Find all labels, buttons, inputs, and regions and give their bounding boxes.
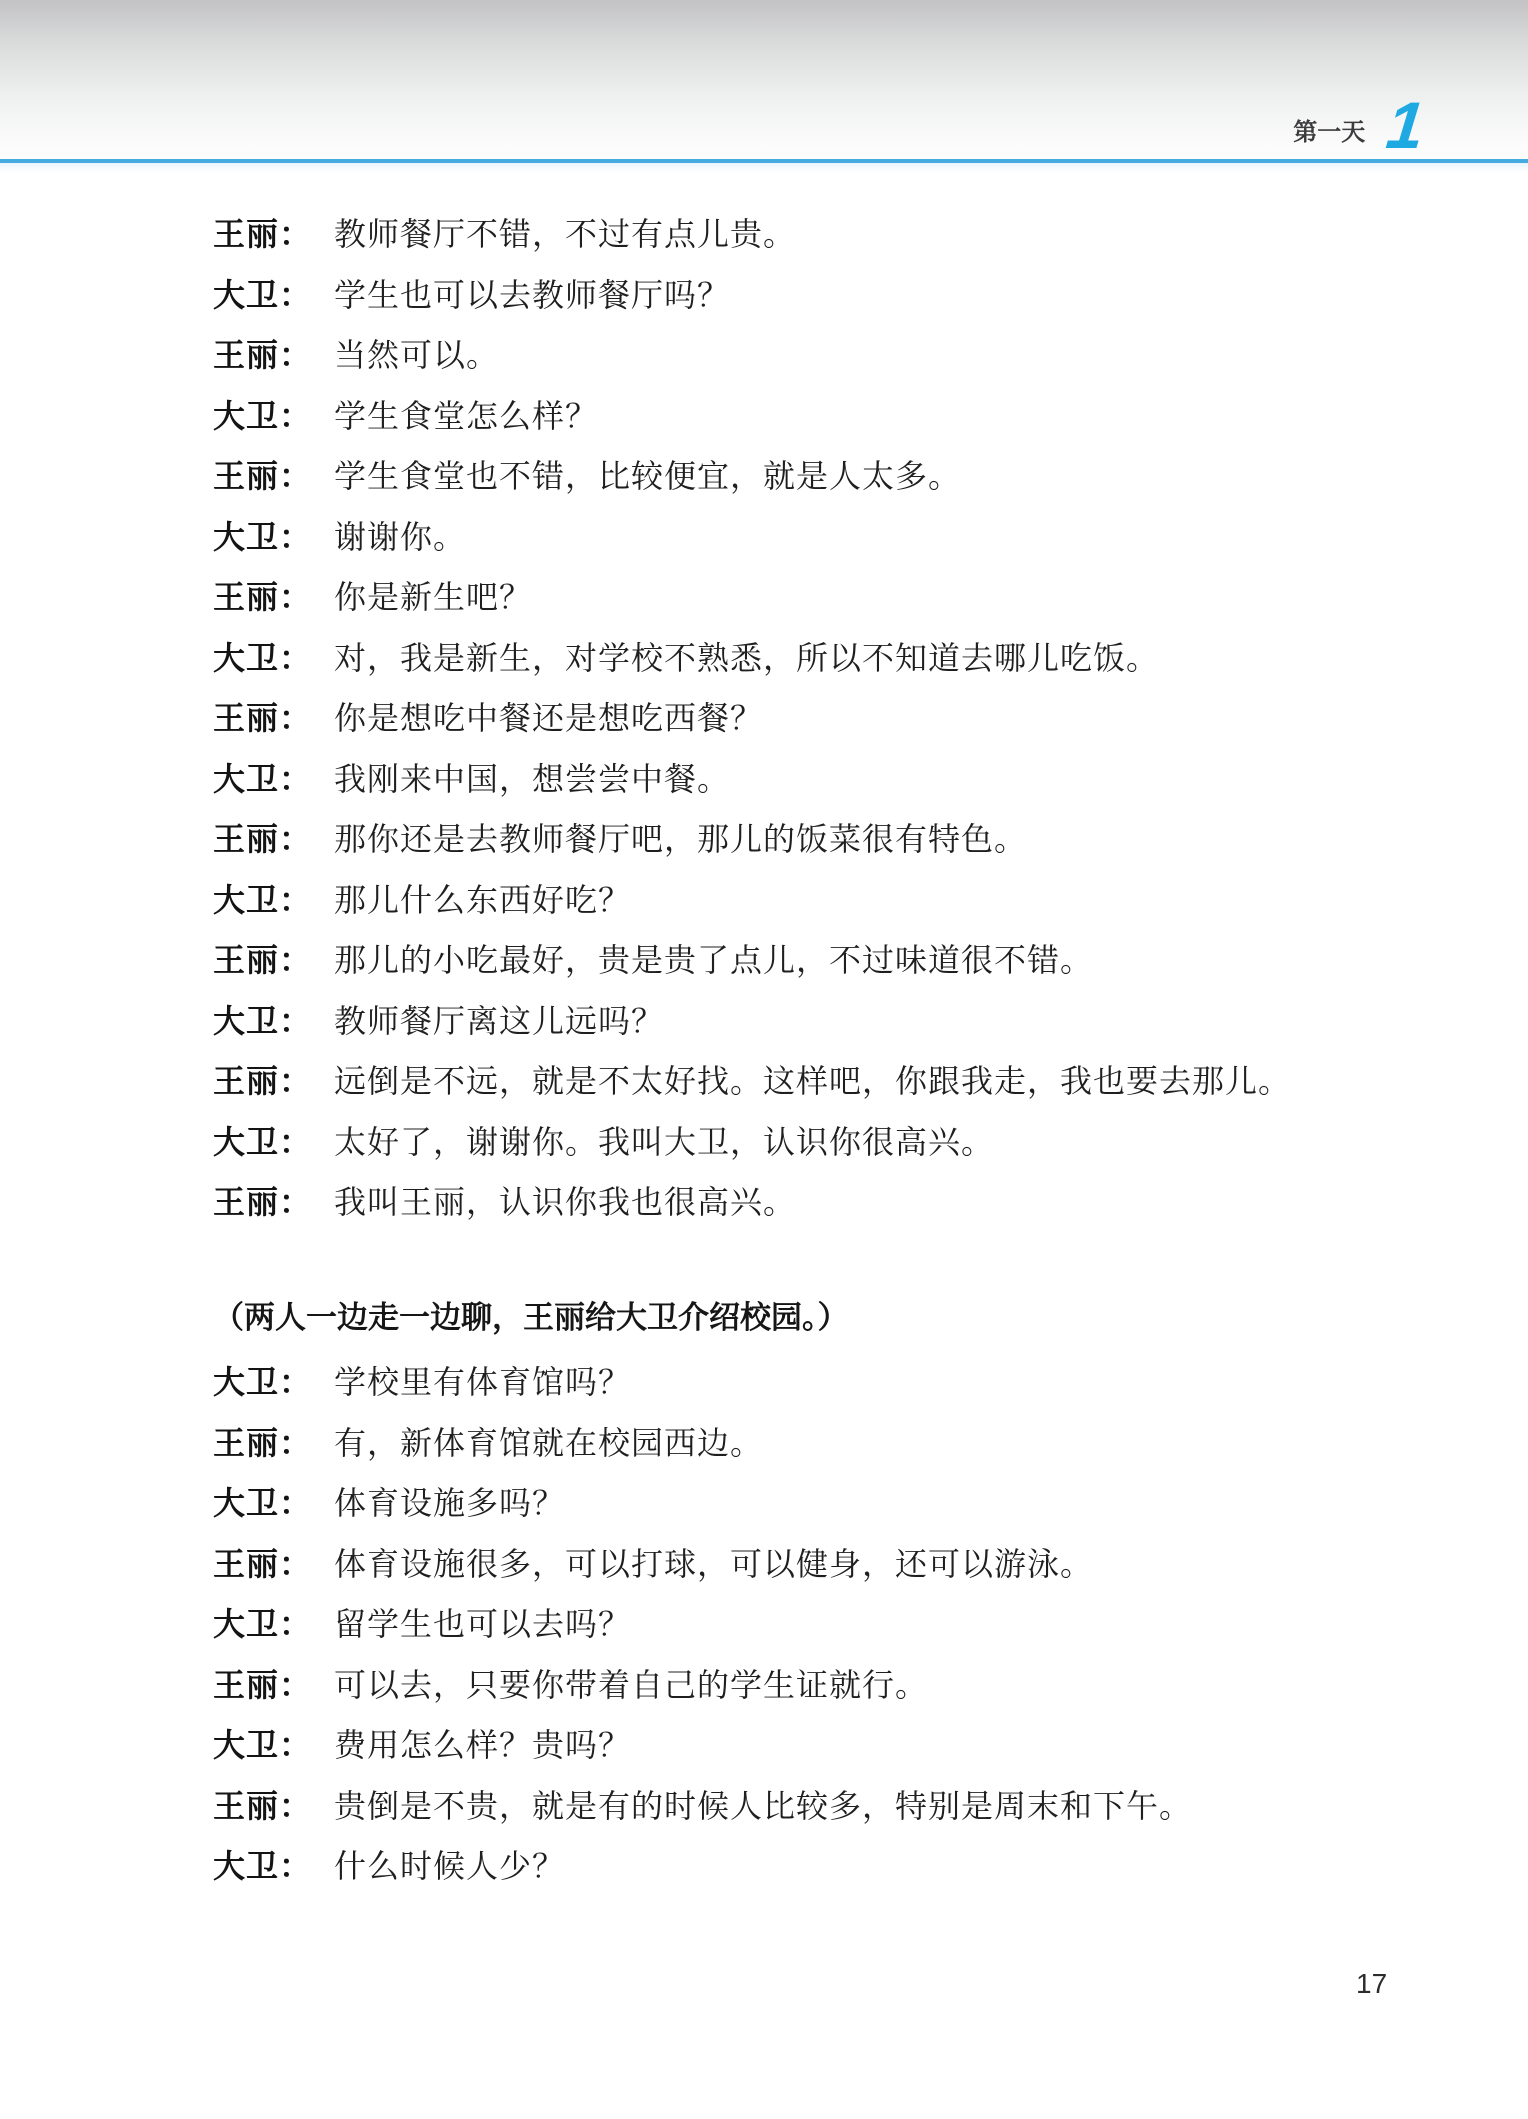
dialogue-line: 大卫：什么时候人少？ <box>213 1836 1468 1897</box>
speaker-label: 王丽： <box>213 579 312 615</box>
dialogue-text: 有，新体育馆就在校园西边。 <box>334 1425 763 1461</box>
stage-direction: （两人一边走一边聊，王丽给大卫介绍校园。） <box>213 1288 1468 1349</box>
dialogue-line: 大卫：对，我是新生，对学校不熟悉，所以不知道去哪儿吃饭。 <box>213 628 1468 689</box>
dialogue-line: 大卫：费用怎么样？贵吗？ <box>213 1715 1468 1776</box>
dialogue-text: 费用怎么样？贵吗？ <box>334 1727 631 1763</box>
dialogue-line: 大卫：谢谢你。 <box>213 507 1468 568</box>
lesson-title: 第一天 <box>1293 121 1365 153</box>
dialogue-text: 你是新生吧？ <box>334 579 532 615</box>
dialogue-text: 谢谢你。 <box>334 519 466 555</box>
speaker-label: 王丽： <box>213 1063 312 1099</box>
dialogue-line: 大卫：教师餐厅离这儿远吗？ <box>213 991 1468 1052</box>
speaker-label: 大卫： <box>213 1848 312 1884</box>
speaker-label: 大卫： <box>213 1485 312 1521</box>
dialogue-line: 大卫：学生也可以去教师餐厅吗？ <box>213 265 1468 326</box>
dialogue-text: 贵倒是不贵，就是有的时候人比较多，特别是周末和下午。 <box>334 1788 1192 1824</box>
dialogue-line: 大卫：留学生也可以去吗？ <box>213 1594 1468 1655</box>
speaker-label: 大卫： <box>213 1124 312 1160</box>
dialogue-text: 教师餐厅离这儿远吗？ <box>334 1003 664 1039</box>
dialogue-text: 学校里有体育馆吗？ <box>334 1364 631 1400</box>
dialogue-text: 留学生也可以去吗？ <box>334 1606 631 1642</box>
speaker-label: 大卫： <box>213 398 312 434</box>
speaker-label: 王丽： <box>213 821 312 857</box>
dialogue-text: 学生食堂也不错，比较便宜，就是人太多。 <box>334 458 961 494</box>
speaker-label: 王丽： <box>213 458 312 494</box>
dialogue-part1: 王丽：教师餐厅不错，不过有点儿贵。大卫：学生也可以去教师餐厅吗？王丽：当然可以。… <box>213 204 1468 1233</box>
dialogue-line: 大卫：太好了，谢谢你。我叫大卫，认识你很高兴。 <box>213 1112 1468 1173</box>
dialogue-text: 我叫王丽，认识你我也很高兴。 <box>334 1184 796 1220</box>
speaker-label: 大卫： <box>213 1606 312 1642</box>
textbook-page: 第一天 1 王丽：教师餐厅不错，不过有点儿贵。大卫：学生也可以去教师餐厅吗？王丽… <box>0 0 1528 2119</box>
dialogue-line: 王丽：我叫王丽，认识你我也很高兴。 <box>213 1172 1468 1233</box>
dialogue-text: 那儿什么东西好吃？ <box>334 882 631 918</box>
dialogue-text: 什么时候人少？ <box>334 1848 565 1884</box>
dialogue-line: 王丽：可以去，只要你带着自己的学生证就行。 <box>213 1655 1468 1716</box>
speaker-label: 王丽： <box>213 216 312 252</box>
speaker-label: 王丽： <box>213 700 312 736</box>
page-number: 17 <box>1356 1968 1387 2000</box>
dialogue-line: 王丽：当然可以。 <box>213 325 1468 386</box>
speaker-label: 大卫： <box>213 519 312 555</box>
dialogue-line: 王丽：学生食堂也不错，比较便宜，就是人太多。 <box>213 446 1468 507</box>
dialogue-text: 当然可以。 <box>334 337 499 373</box>
dialogue-line: 大卫：体育设施多吗？ <box>213 1473 1468 1534</box>
speaker-label: 大卫： <box>213 277 312 313</box>
speaker-label: 王丽： <box>213 942 312 978</box>
dialogue-line: 王丽：贵倒是不贵，就是有的时候人比较多，特别是周末和下午。 <box>213 1776 1468 1837</box>
speaker-label: 大卫： <box>213 1727 312 1763</box>
dialogue-text: 太好了，谢谢你。我叫大卫，认识你很高兴。 <box>334 1124 994 1160</box>
dialogue-text: 那你还是去教师餐厅吧，那儿的饭菜很有特色。 <box>334 821 1027 857</box>
dialogue-line: 大卫：学生食堂怎么样？ <box>213 386 1468 447</box>
dialogue-text: 可以去，只要你带着自己的学生证就行。 <box>334 1667 928 1703</box>
dialogue-text: 体育设施多吗？ <box>334 1485 565 1521</box>
lesson-header: 第一天 1 <box>1293 97 1424 153</box>
dialogue-line: 大卫：我刚来中国，想尝尝中餐。 <box>213 749 1468 810</box>
dialogue-text: 学生食堂怎么样？ <box>334 398 598 434</box>
dialogue-text: 那儿的小吃最好，贵是贵了点儿，不过味道很不错。 <box>334 942 1093 978</box>
dialogue-line: 王丽：那儿的小吃最好，贵是贵了点儿，不过味道很不错。 <box>213 930 1468 991</box>
page-header-band: 第一天 1 <box>0 0 1528 163</box>
dialogue-line: 王丽：远倒是不远，就是不太好找。这样吧，你跟我走，我也要去那儿。 <box>213 1051 1468 1112</box>
dialogue-text: 学生也可以去教师餐厅吗？ <box>334 277 730 313</box>
dialogue-line: 王丽：那你还是去教师餐厅吧，那儿的饭菜很有特色。 <box>213 809 1468 870</box>
dialogue-line: 大卫：学校里有体育馆吗？ <box>213 1352 1468 1413</box>
speaker-label: 大卫： <box>213 882 312 918</box>
lesson-number: 1 <box>1384 97 1427 153</box>
dialogue-text: 远倒是不远，就是不太好找。这样吧，你跟我走，我也要去那儿。 <box>334 1063 1291 1099</box>
dialogue-part2: 大卫：学校里有体育馆吗？王丽：有，新体育馆就在校园西边。大卫：体育设施多吗？王丽… <box>213 1352 1468 1897</box>
dialogue-line: 王丽：你是想吃中餐还是想吃西餐？ <box>213 688 1468 749</box>
dialogue-text: 体育设施很多，可以打球，可以健身，还可以游泳。 <box>334 1546 1093 1582</box>
dialogue-line: 王丽：体育设施很多，可以打球，可以健身，还可以游泳。 <box>213 1534 1468 1595</box>
header-rule-glow <box>0 163 1528 172</box>
speaker-label: 大卫： <box>213 640 312 676</box>
speaker-label: 大卫： <box>213 761 312 797</box>
dialogue-line: 王丽：有，新体育馆就在校园西边。 <box>213 1413 1468 1474</box>
dialogue-line: 王丽：你是新生吧？ <box>213 567 1468 628</box>
speaker-label: 大卫： <box>213 1003 312 1039</box>
speaker-label: 王丽： <box>213 1788 312 1824</box>
speaker-label: 王丽： <box>213 337 312 373</box>
speaker-label: 王丽： <box>213 1667 312 1703</box>
dialogue-line: 大卫：那儿什么东西好吃？ <box>213 870 1468 931</box>
dialogue-text: 对，我是新生，对学校不熟悉，所以不知道去哪儿吃饭。 <box>334 640 1159 676</box>
dialogue-line: 王丽：教师餐厅不错，不过有点儿贵。 <box>213 204 1468 265</box>
dialogue-text: 你是想吃中餐还是想吃西餐？ <box>334 700 763 736</box>
dialogue-text: 我刚来中国，想尝尝中餐。 <box>334 761 730 797</box>
speaker-label: 大卫： <box>213 1364 312 1400</box>
speaker-label: 王丽： <box>213 1425 312 1461</box>
dialogue-text: 教师餐厅不错，不过有点儿贵。 <box>334 216 796 252</box>
speaker-label: 王丽： <box>213 1184 312 1220</box>
dialogue-content: 王丽：教师餐厅不错，不过有点儿贵。大卫：学生也可以去教师餐厅吗？王丽：当然可以。… <box>213 204 1468 1897</box>
speaker-label: 王丽： <box>213 1546 312 1582</box>
